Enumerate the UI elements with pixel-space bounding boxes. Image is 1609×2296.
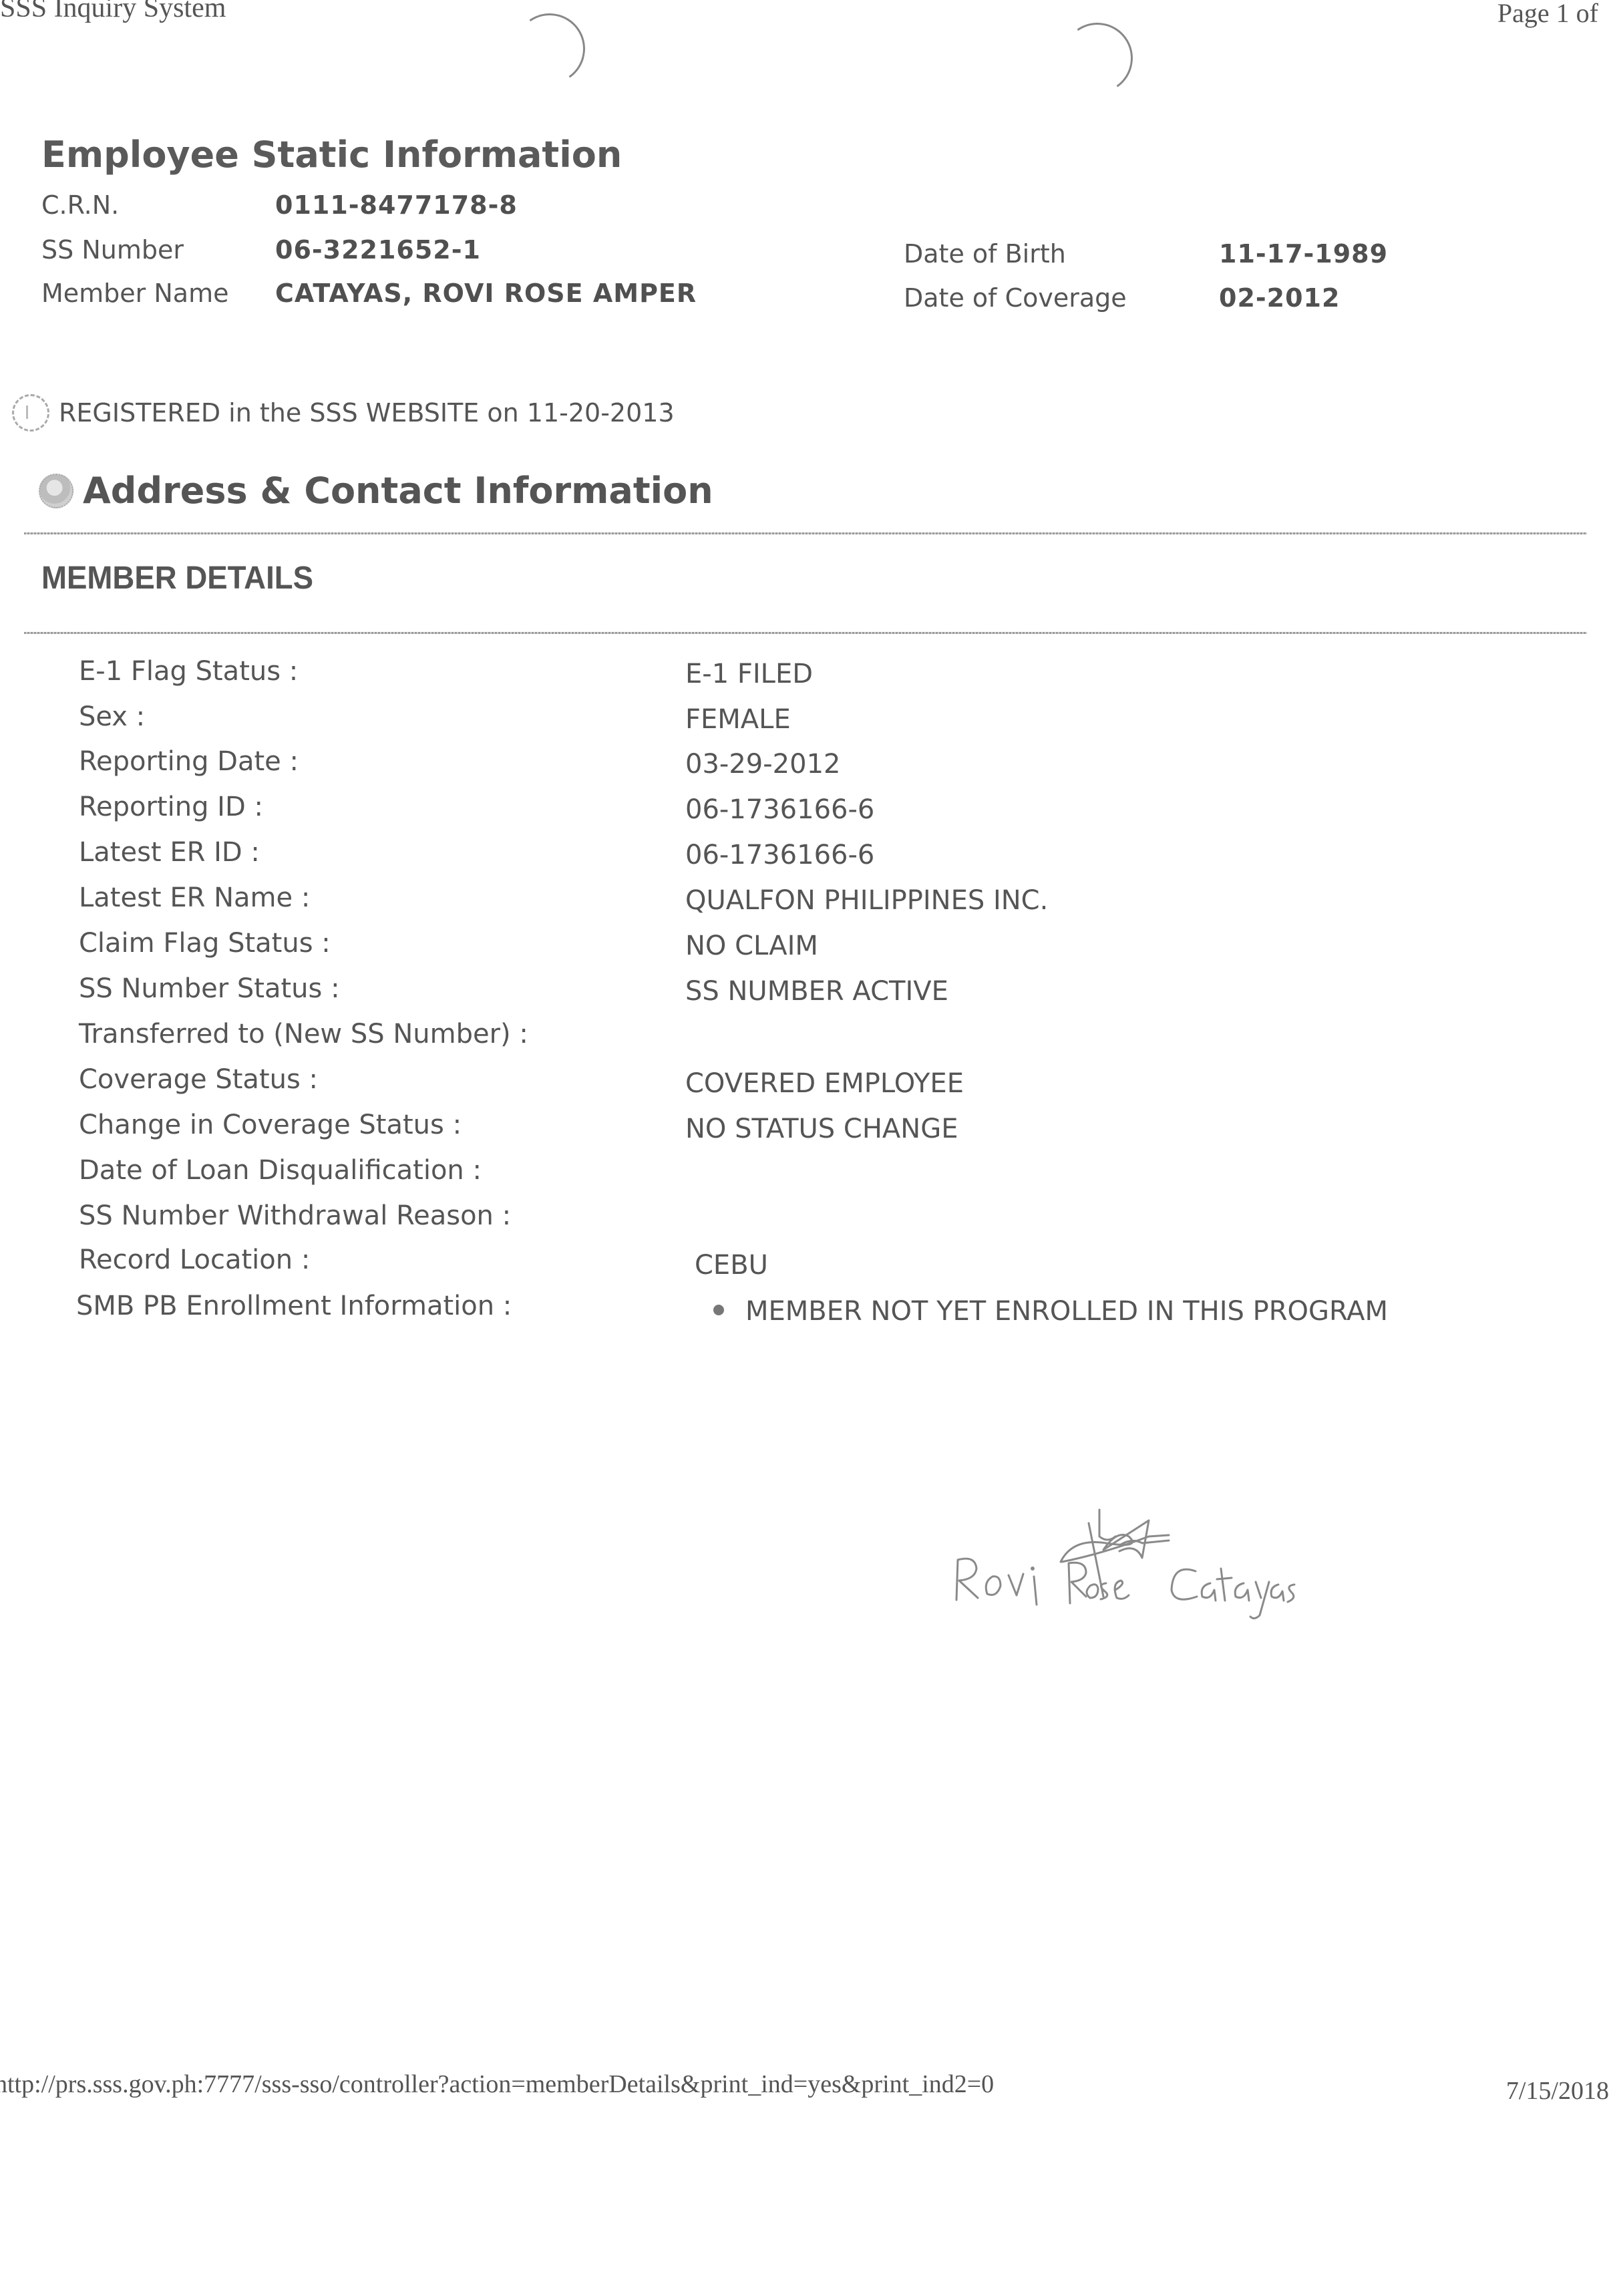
divider [24, 532, 1587, 534]
detail-label: Reporting ID : [79, 792, 263, 822]
detail-row-reporting-date: Reporting Date : 03-29-2012 [0, 746, 1609, 786]
detail-value: CEBU [695, 1250, 768, 1281]
globe-icon [39, 474, 73, 508]
registration-text: REGISTERED in the SSS WEBSITE on 11-20-2… [59, 398, 675, 428]
detail-label: Record Location : [79, 1245, 310, 1275]
detail-value: NO CLAIM [685, 931, 818, 961]
detail-value: NO STATUS CHANGE [685, 1114, 958, 1144]
detail-row-ss-number-status: SS Number Status : SS NUMBER ACTIVE [0, 973, 1609, 1013]
ss-number-value: 06-3221652-1 [275, 235, 481, 265]
date-of-birth-label: Date of Birth [904, 239, 1066, 269]
member-details-heading: MEMBER DETAILS [41, 560, 313, 597]
detail-value: 03-29-2012 [685, 749, 840, 780]
signature [948, 1496, 1296, 1630]
detail-label: Latest ER ID : [79, 837, 260, 868]
print-footer-url: http://prs.sss.gov.ph:7777/sss-sso/contr… [0, 2070, 994, 2099]
detail-label: SMB PB Enrollment Information : [76, 1291, 512, 1321]
date-of-coverage-value: 02-2012 [1219, 283, 1340, 313]
detail-value: FEMALE [685, 704, 791, 735]
detail-label: Date of Loan Disqualification : [79, 1155, 482, 1186]
detail-label: SS Number Withdrawal Reason : [79, 1200, 511, 1231]
print-footer-date: 7/15/2018 [1506, 2076, 1609, 2106]
date-of-birth-value: 11-17-1989 [1219, 239, 1388, 269]
detail-label: SS Number Status : [79, 973, 340, 1004]
detail-row-e1-flag: E-1 Flag Status : E-1 FILED [0, 656, 1609, 696]
address-contact-link[interactable]: Address & Contact Information [39, 470, 713, 512]
date-of-coverage-label: Date of Coverage [904, 283, 1127, 313]
detail-label: Reporting Date : [79, 746, 299, 777]
print-page-number: Page 1 of [1497, 0, 1598, 29]
detail-value: 06-1736166-6 [685, 794, 874, 825]
detail-row-sex: Sex : FEMALE [0, 701, 1609, 742]
ss-number-label: SS Number [41, 235, 184, 265]
detail-label: Transferred to (New SS Number) : [79, 1019, 528, 1049]
registration-notice: REGISTERED in the SSS WEBSITE on 11-20-2… [12, 394, 675, 432]
detail-value: COVERED EMPLOYEE [685, 1068, 964, 1099]
detail-row-smb-pb-enrollment: SMB PB Enrollment Information : MEMBER N… [0, 1291, 1609, 1331]
detail-row-transferred-to: Transferred to (New SS Number) : [0, 1019, 1609, 1059]
detail-label: Claim Flag Status : [79, 928, 331, 959]
crn-value: 0111-8477178-8 [275, 190, 518, 220]
detail-row-record-location: Record Location : CEBU [0, 1245, 1609, 1285]
detail-label: Latest ER Name : [79, 882, 310, 913]
detail-label: Sex : [79, 701, 145, 732]
punch-hole-mark [1057, 17, 1139, 100]
address-contact-heading[interactable]: Address & Contact Information [83, 470, 713, 512]
detail-row-change-coverage: Change in Coverage Status : NO STATUS CH… [0, 1110, 1609, 1150]
detail-label: Coverage Status : [79, 1064, 318, 1095]
detail-row-latest-er-id: Latest ER ID : 06-1736166-6 [0, 837, 1609, 877]
detail-row-coverage-status: Coverage Status : COVERED EMPLOYEE [0, 1064, 1609, 1104]
divider [24, 632, 1587, 634]
detail-label: Change in Coverage Status : [79, 1110, 462, 1140]
print-header-title: SSS Inquiry System [0, 0, 226, 24]
detail-row-latest-er-name: Latest ER Name : QUALFON PHILIPPINES INC… [0, 882, 1609, 923]
crn-label: C.R.N. [41, 190, 119, 220]
detail-value: QUALFON PHILIPPINES INC. [685, 885, 1048, 916]
member-name-value: CATAYAS, ROVI ROSE AMPER [275, 279, 697, 308]
info-icon [12, 394, 49, 432]
enrollment-bullet-item: MEMBER NOT YET ENROLLED IN THIS PROGRAM [713, 1296, 1388, 1327]
detail-value: 06-1736166-6 [685, 840, 874, 870]
detail-row-loan-disqualification: Date of Loan Disqualification : [0, 1155, 1609, 1195]
detail-row-claim-flag: Claim Flag Status : NO CLAIM [0, 928, 1609, 968]
detail-row-withdrawal-reason: SS Number Withdrawal Reason : [0, 1200, 1609, 1241]
member-name-label: Member Name [41, 279, 229, 308]
detail-value: SS NUMBER ACTIVE [685, 976, 948, 1007]
detail-label: E-1 Flag Status : [79, 656, 298, 687]
punch-hole-mark [509, 8, 591, 90]
detail-value: E-1 FILED [685, 659, 813, 689]
employee-static-heading: Employee Static Information [41, 134, 622, 176]
detail-row-reporting-id: Reporting ID : 06-1736166-6 [0, 792, 1609, 832]
